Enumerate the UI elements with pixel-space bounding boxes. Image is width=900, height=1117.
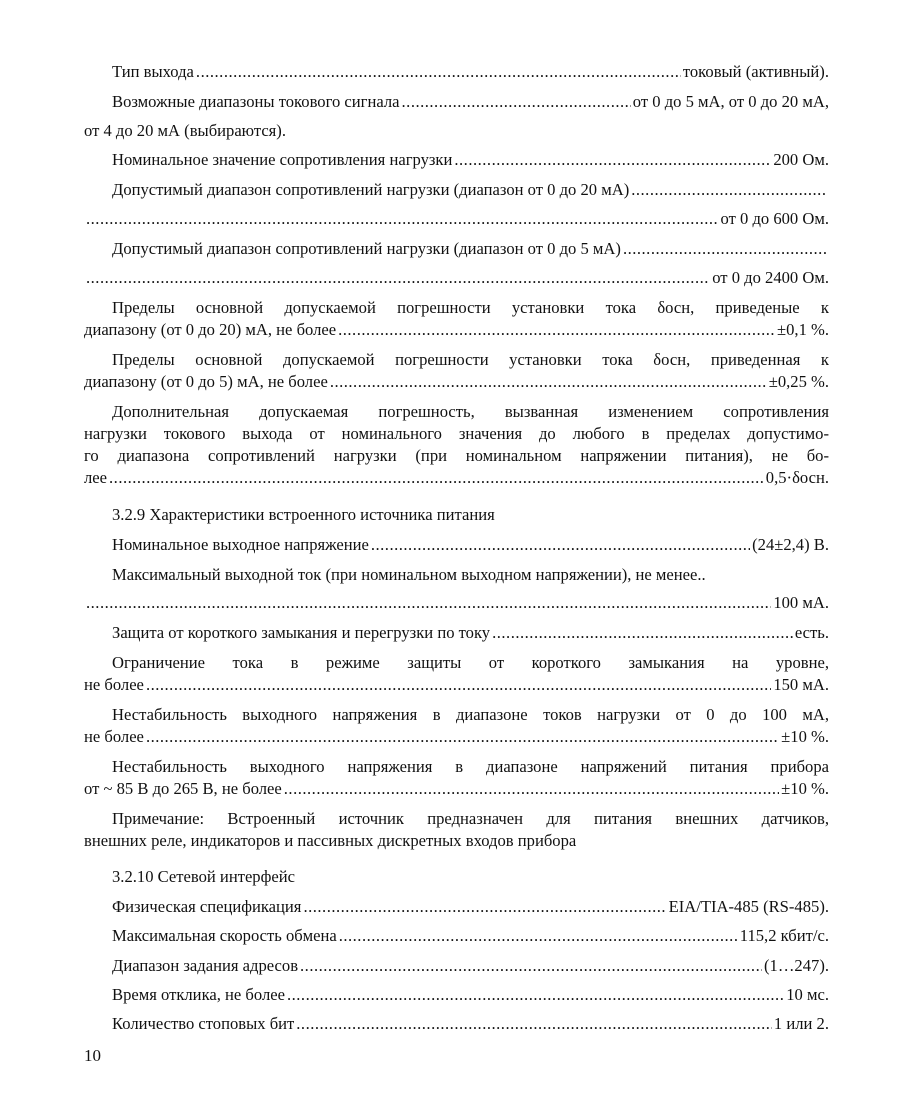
page-number: 10	[84, 1046, 101, 1066]
protection-row: Защита от короткого замыкания и перегруз…	[84, 621, 829, 645]
section-heading-power: 3.2.9 Характеристики встроенного источни…	[84, 503, 829, 527]
error-5-row: диапазону (от 0 до 5) мА, не более±0,25 …	[84, 370, 829, 394]
error-20-line: Пределы основной допускаемой погрешности…	[84, 296, 829, 320]
load-range-5-row: Допустимый диапазон сопротивлений нагруз…	[84, 237, 829, 261]
section-heading-network: 3.2.10 Сетевой интерфейс	[84, 865, 829, 889]
instability-supply-row: от ~ 85 В до 265 В, не более±10 %.	[84, 777, 829, 801]
ranges-row: Возможные диапазоны токового сигналаот 0…	[84, 90, 829, 114]
additional-error-row: лее0,5·δосн.	[84, 466, 829, 490]
additional-error-line3: го диапазона сопротивлений нагрузки (при…	[84, 444, 829, 468]
load-range-20-row: Допустимый диапазон сопротивлений нагруз…	[84, 178, 829, 202]
current-limit-row: не более150 мА.	[84, 673, 829, 697]
output-type-row: Тип выходатоковый (активный).	[84, 60, 829, 84]
error-20-row: диапазону (от 0 до 20) мА, не более±0,1 …	[84, 318, 829, 342]
current-limit-line: Ограничение тока в режиме защиты от коро…	[84, 651, 829, 675]
stop-bits-row: Количество стоповых бит1 или 2.	[84, 1012, 829, 1036]
instability-supply-line: Нестабильность выходного напряжения в ди…	[84, 755, 829, 779]
max-current-value-row: 100 мА.	[84, 591, 829, 615]
instability-load-row: не более±10 %.	[84, 725, 829, 749]
error-5-line: Пределы основной допускаемой погрешности…	[84, 348, 829, 372]
instability-load-line: Нестабильность выходного напряжения в ди…	[84, 703, 829, 727]
nominal-voltage-row: Номинальное выходное напряжение(24±2,4) …	[84, 533, 829, 557]
note-line1: Примечание: Встроенный источник предназн…	[84, 807, 829, 831]
response-row: Время отклика, не более10 мс.	[84, 983, 829, 1007]
load-range-20-value-row: от 0 до 600 Ом.	[84, 207, 829, 231]
ranges-continuation: от 4 до 20 мА (выбираются).	[84, 119, 829, 143]
additional-error-line2: нагрузки токового выхода от номинального…	[84, 422, 829, 446]
addresses-row: Диапазон задания адресов(1…247).	[84, 954, 829, 978]
load-range-5-value-row: от 0 до 2400 Ом.	[84, 266, 829, 290]
max-current-label: Максимальный выходной ток (при номинальн…	[84, 563, 829, 587]
nominal-load-row: Номинальное значение сопротивления нагру…	[84, 148, 829, 172]
physical-spec-row: Физическая спецификацияEIA/TIA-485 (RS-4…	[84, 895, 829, 919]
speed-row: Максимальная скорость обмена115,2 кбит/с…	[84, 924, 829, 948]
note-line2: внешних реле, индикаторов и пассивных ди…	[84, 829, 829, 853]
additional-error-line1: Дополнительная допускаемая погрешность, …	[84, 400, 829, 424]
